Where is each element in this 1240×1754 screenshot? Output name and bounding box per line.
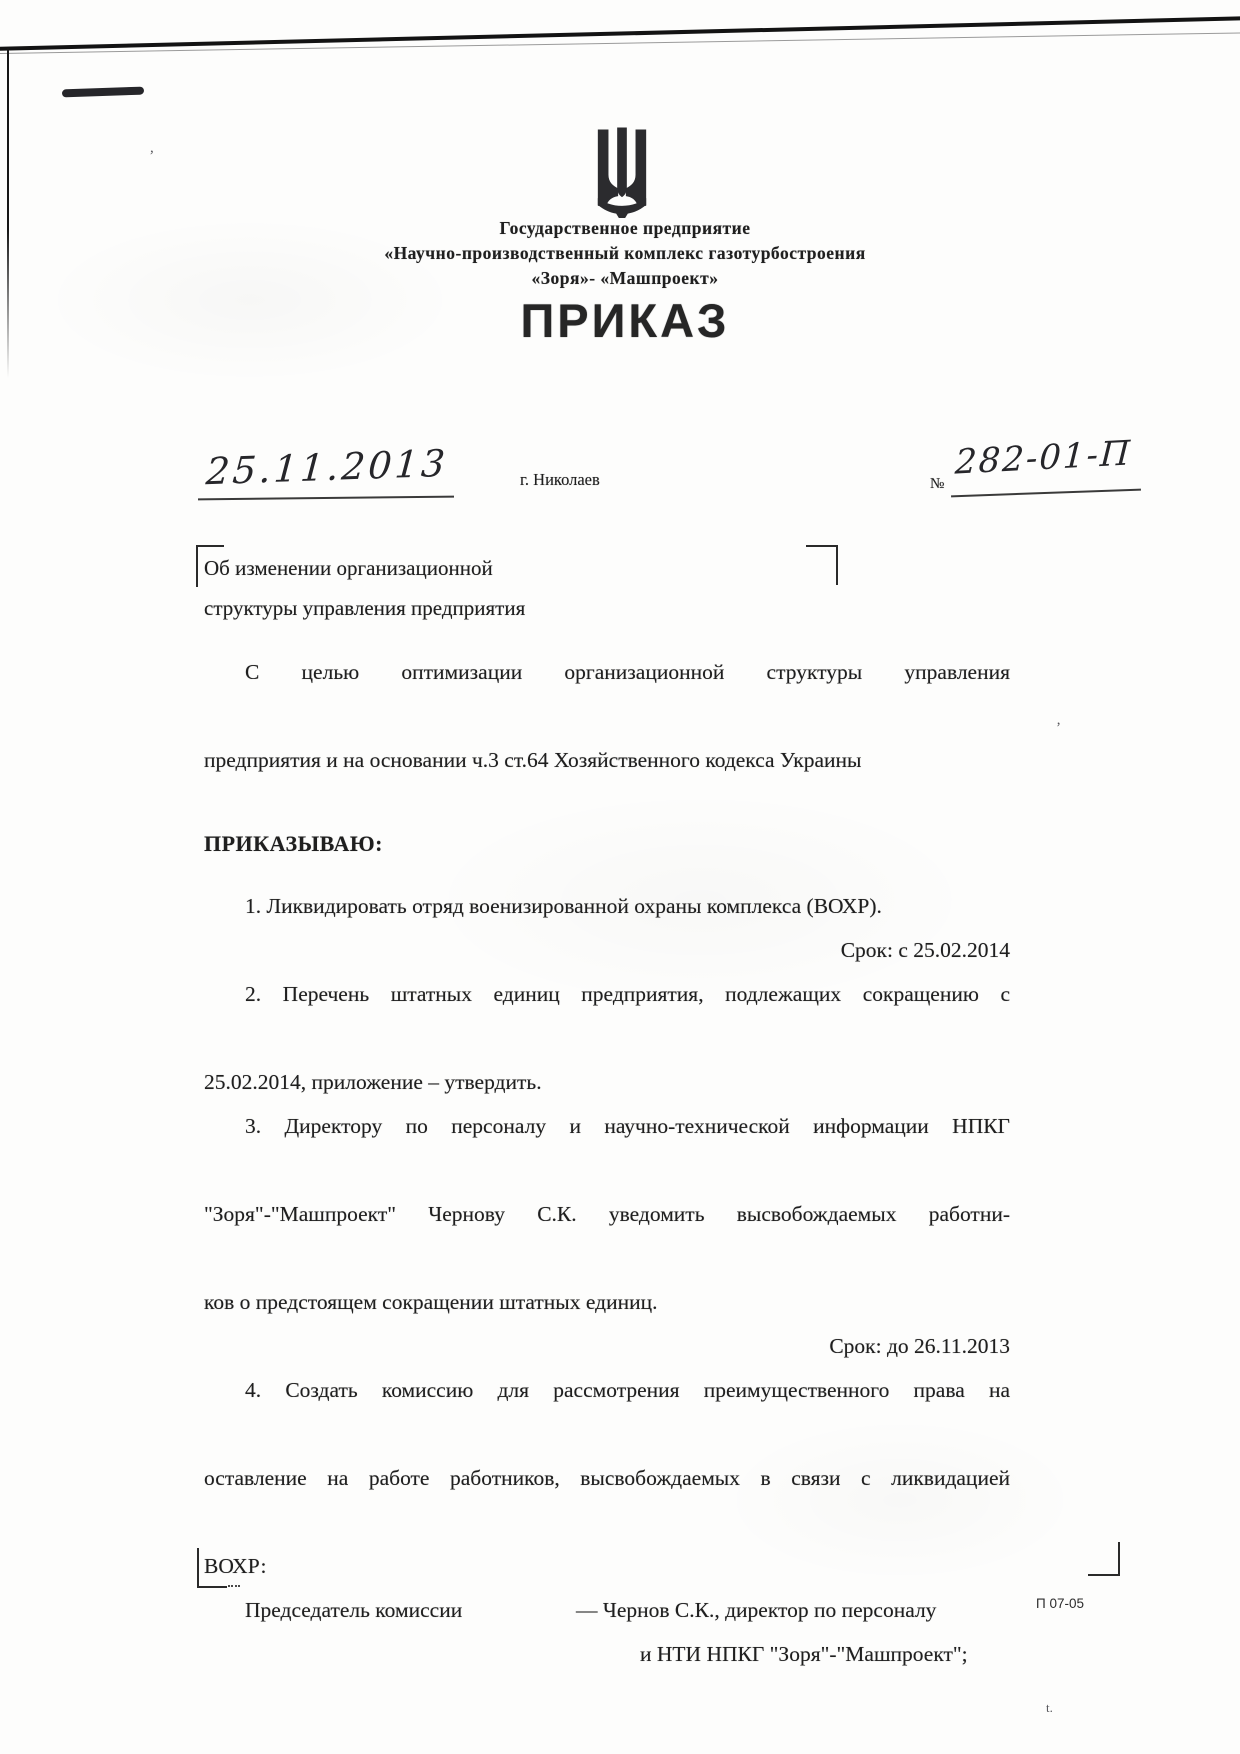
- intro-line1: С целью оптимизации организационной стру…: [204, 650, 1010, 738]
- item2-line1: 2. Перечень штатных единиц предприятия, …: [204, 972, 1010, 1060]
- document-title: ПРИКАЗ: [175, 293, 1075, 348]
- order-item-1: 1. Ликвидировать отряд военизированной о…: [204, 884, 1010, 928]
- intro-paragraph: С целью оптимизации организационной стру…: [204, 650, 1010, 782]
- org-type-line: Государственное предприятие: [175, 216, 1075, 241]
- subject-block: Об изменении организационной структуры у…: [204, 548, 854, 628]
- item3-line1: 3. Директору по персоналу и научно-техни…: [204, 1104, 1010, 1192]
- intro-line2: предприятия и на основании ч.3 ст.64 Хоз…: [204, 738, 1010, 782]
- order-body: С целью оптимизации организационной стру…: [204, 650, 1010, 1676]
- scan-dash-mark: [62, 87, 144, 98]
- item4-line2: оставление на работе работников, высвобо…: [204, 1456, 1010, 1544]
- item3-line3: ков о предстоящем сокращении штатных еди…: [204, 1280, 1010, 1324]
- order-item-2: 2. Перечень штатных единиц предприятия, …: [204, 972, 1010, 1104]
- scan-speck: ,: [150, 140, 154, 157]
- ukraine-trident-emblem: [593, 126, 651, 218]
- order-item-4: 4. Создать комиссию для рассмотрения пре…: [204, 1368, 1010, 1588]
- date-underline: [198, 496, 454, 501]
- scan-speck: t.: [1046, 1700, 1053, 1716]
- committee-role: Председатель комиссии: [245, 1588, 462, 1632]
- subject-line2: структуры управления предприятия: [204, 588, 854, 628]
- item1-line1: 1. Ликвидировать отряд военизированной о…: [204, 884, 1010, 928]
- committee-value-line1: — Чернов С.К., директор по персоналу: [576, 1588, 936, 1632]
- crop-mark-tick: [228, 1585, 240, 1587]
- org-name-line1: «Научно-производственный комплекс газоту…: [175, 241, 1075, 266]
- deadline-2: Срок: до 26.11.2013: [204, 1324, 1010, 1368]
- handwritten-date: 25.11.2013: [205, 442, 450, 494]
- crop-mark-bottom-left: [197, 1548, 227, 1588]
- item2-line2: 25.02.2014, приложение – утвердить.: [204, 1060, 1010, 1104]
- order-heading: ПРИКАЗЫВАЮ:: [204, 822, 1010, 866]
- item4-line3: ВОХР:: [204, 1544, 1010, 1588]
- order-item-3: 3. Директору по персоналу и научно-техни…: [204, 1104, 1010, 1324]
- crop-mark-bottom-right: [1088, 1542, 1120, 1576]
- scan-speck: ’: [1056, 720, 1061, 737]
- scan-top-edge-line: [0, 16, 1240, 51]
- form-code: П 07-05: [1036, 1596, 1084, 1611]
- item4-line1: 4. Создать комиссию для рассмотрения пре…: [204, 1368, 1010, 1456]
- city-label: г. Николаев: [520, 470, 600, 490]
- org-name-line2: «Зоря»- «Машпроект»: [175, 266, 1075, 291]
- committee-value-line2: и НТИ НПКГ "Зоря"-"Машпроект";: [640, 1632, 968, 1676]
- subject-line1: Об изменении организационной: [204, 548, 854, 588]
- committee-chairman-row: Председатель комиссии — Чернов С.К., дир…: [204, 1588, 1010, 1676]
- item3-line2: "Зоря"-"Машпроект" Чернову С.К. уведомит…: [204, 1192, 1010, 1280]
- scan-left-edge-line: [7, 48, 9, 378]
- handwritten-number: 282-01-П: [954, 433, 1133, 482]
- scanned-order-page: , ’ t. Государственное предприятие «Науч…: [0, 0, 1240, 1754]
- number-sign: №: [930, 476, 944, 493]
- deadline-1: Срок: с 25.02.2014: [204, 928, 1010, 972]
- number-underline: [951, 489, 1141, 498]
